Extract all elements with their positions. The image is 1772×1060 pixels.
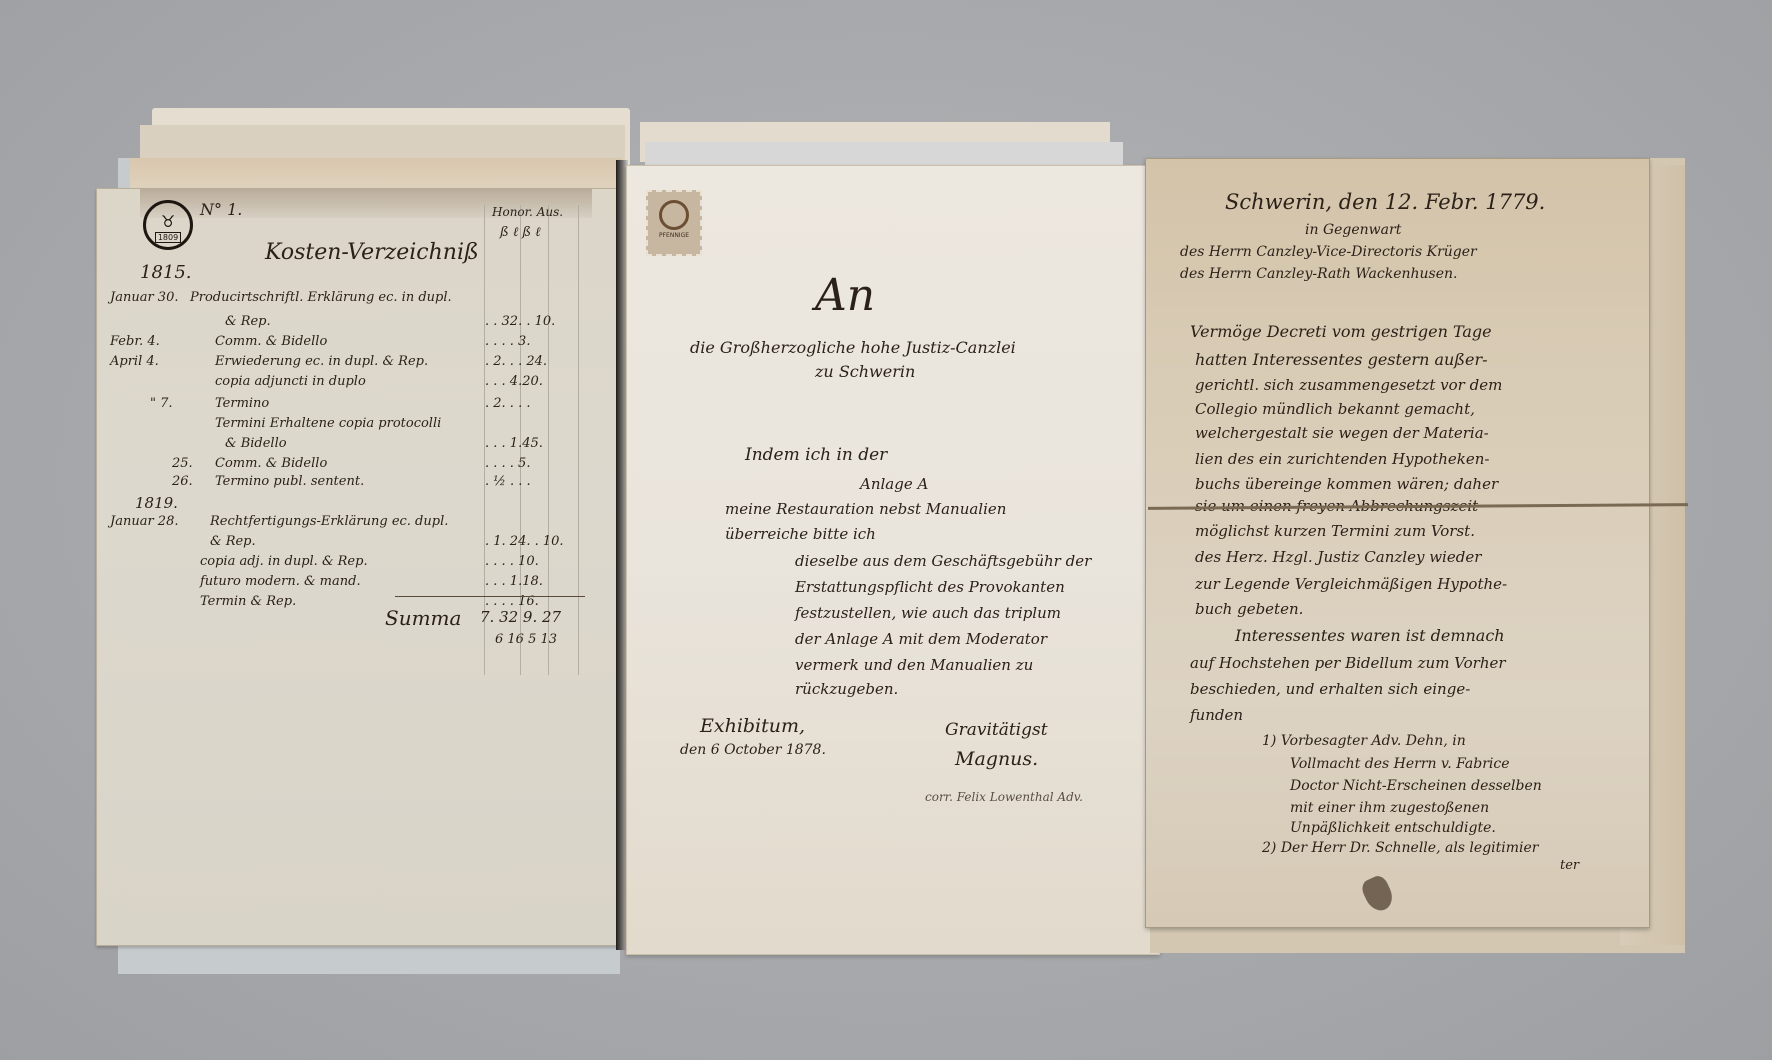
- ledger-entry-text: copia adjuncti in duplo: [215, 374, 366, 389]
- summa-label: Summa: [385, 606, 461, 630]
- protocol-subheading: in Gegenwart: [1305, 222, 1401, 238]
- protocol-line: funden: [1190, 706, 1243, 724]
- ledger-entry-amount: . 2. . . 24.: [485, 354, 547, 369]
- ledger-entry-date: 1819.: [135, 494, 178, 512]
- exhibitum-date: den 6 October 1878.: [680, 742, 826, 758]
- body-line: meine Restauration nebst Manualien: [725, 500, 1006, 518]
- ledger-entry-text: Rechtfertigungs-Erklärung ec. dupl.: [210, 514, 448, 529]
- stamp-bull-icon: ♉: [161, 212, 175, 231]
- ledger-entry-date: 26.: [172, 474, 193, 489]
- protocol-line: hatten Interessentes gestern außer-: [1195, 350, 1488, 369]
- ledger-entry-amount: . . . . 10.: [485, 554, 539, 569]
- summa-values: 7. 32 9. 27: [480, 608, 561, 626]
- countersignature: corr. Felix Lowenthal Adv.: [925, 790, 1083, 804]
- ledger-entry-amount: . . . 4.20.: [485, 374, 543, 389]
- ledger-column-units: ß ℓ ß ℓ: [500, 224, 541, 240]
- ledger-entry-amount: . ½ . . .: [485, 474, 531, 489]
- protocol-line: gerichtl. sich zusammengesetzt vor dem: [1195, 376, 1502, 394]
- protocol-line: beschieden, und erhalten sich einge-: [1190, 680, 1470, 698]
- protocol-line: zur Legende Vergleichmäßigen Hypothe-: [1195, 575, 1507, 593]
- ledger-entry-text: Termini Erhaltene copia protocolli: [215, 416, 441, 431]
- ledger-number: N° 1.: [200, 200, 242, 219]
- list-item-line: Doctor Nicht-Erscheinen desselben: [1290, 778, 1542, 794]
- protocol-line: lien des ein zurichtenden Hypotheken-: [1195, 450, 1489, 468]
- ledger-entry-date: " 7.: [150, 396, 173, 411]
- body-line: Indem ich in der: [745, 445, 887, 465]
- ledger-entry-amount: . . . . 3.: [485, 334, 530, 349]
- protocol-line: möglichst kurzen Termini zum Vorst.: [1195, 522, 1475, 540]
- ledger-entry-amount: . 1. 24. . 10.: [485, 534, 564, 549]
- addressee-line-1: die Großherzogliche hohe Justiz-Canzlei: [690, 338, 1016, 357]
- protocol-heading: Schwerin, den 12. Febr. 1779.: [1225, 190, 1545, 214]
- body-line: rückzugeben.: [795, 680, 898, 698]
- ledger-entry-text: & Bidello: [225, 436, 287, 451]
- ledger-year: 1815.: [140, 262, 192, 283]
- ledger-entry-text: Comm. & Bidello: [215, 456, 327, 471]
- body-line: dieselbe aus dem Geschäftsgebühr der: [795, 552, 1091, 570]
- ledger-column-header: Honor. Aus.: [492, 205, 563, 219]
- ledger-entry-date: 25.: [172, 456, 193, 471]
- body-line: vermerk und den Manualien zu: [795, 656, 1033, 674]
- list-item-line: 2) Der Herr Dr. Schnelle, als legitimier: [1262, 840, 1538, 856]
- list-item-line: ter: [1560, 858, 1579, 873]
- ledger-entry-date: April 4.: [110, 354, 159, 369]
- addressee-line-2: zu Schwerin: [815, 362, 915, 381]
- protocol-line: Collegio mündlich bekannt gemacht,: [1195, 400, 1475, 418]
- protocol-line: Vermöge Decreti vom gestrigen Tage: [1190, 322, 1492, 341]
- ledger-entry-date: Januar 28.: [110, 514, 178, 529]
- stamp-label: PFENNIGE: [648, 232, 700, 239]
- ledger-title: Kosten-Verzeichniß: [265, 240, 479, 265]
- ledger-entry-date: Febr. 4.: [110, 334, 160, 349]
- summa-subvalues: 6 16 5 13: [495, 632, 557, 647]
- protocol-line: des Herz. Hzgl. Justiz Canzley wieder: [1195, 548, 1481, 566]
- ledger-entry-text: Erwiederung ec. in dupl. & Rep.: [215, 354, 428, 369]
- body-line: überreiche bitte ich: [725, 525, 876, 543]
- summa-rule: [395, 596, 585, 597]
- list-item-line: 1) Vorbesagter Adv. Dehn, in: [1262, 733, 1466, 749]
- ledger-entry-amount: . 2. . . .: [485, 396, 530, 411]
- stamp-year: 1809: [155, 232, 181, 243]
- protocol-line: buch gebeten.: [1195, 600, 1303, 618]
- body-line: Anlage A: [860, 475, 928, 493]
- body-line: festzustellen, wie auch das triplum: [795, 604, 1061, 622]
- ledger-rule: [578, 205, 579, 675]
- salutation: An: [815, 270, 875, 321]
- ledger-entry-text: Comm. & Bidello: [215, 334, 327, 349]
- postage-stamp-icon: PFENNIGE: [646, 190, 702, 256]
- ledger-entry-amount: . . 32. . 10.: [485, 314, 555, 329]
- ledger-entry-text: Termino: [215, 396, 269, 411]
- ledger-entry-amount: . . . 1.45.: [485, 436, 543, 451]
- ledger-rule: [548, 205, 549, 675]
- coat-of-arms-icon: [659, 200, 689, 230]
- ledger-entry-text: futuro modern. & mand.: [200, 574, 361, 589]
- ledger-entry-text: & Rep.: [225, 314, 271, 329]
- list-item-line: mit einer ihm zugestoßenen: [1290, 800, 1489, 816]
- ledger-entry-amount: . . . 1.18.: [485, 574, 543, 589]
- body-line: Erstattungspflicht des Provokanten: [795, 578, 1065, 596]
- ledger-entry-text: copia adj. in dupl. & Rep.: [200, 554, 368, 569]
- protocol-line: auf Hochstehen per Bidellum zum Vorher: [1190, 654, 1506, 672]
- body-line: der Anlage A mit dem Moderator: [795, 630, 1047, 648]
- exhibitum-label: Exhibitum,: [700, 715, 805, 737]
- signature-line-1: Gravitätigst: [945, 720, 1048, 740]
- protocol-line: buchs übereinge kommen wären; daher: [1195, 475, 1498, 493]
- list-item-line: Unpäßlichkeit entschuldigte.: [1290, 820, 1496, 836]
- list-item-line: Vollmacht des Herrn v. Fabrice: [1290, 756, 1510, 772]
- ledger-entry-date: Januar 30.: [110, 290, 178, 305]
- ledger-entry-text: Termin & Rep.: [200, 594, 296, 609]
- ledger-entry-text: Producirtschriftl. Erklärung ec. in dupl…: [190, 290, 452, 305]
- protocol-line: Interessentes waren ist demnach: [1235, 626, 1505, 645]
- tax-stamp-icon: 1809 ♉: [143, 200, 193, 250]
- ledger-entry-text: & Rep.: [210, 534, 256, 549]
- ledger-entry-text: Termino publ. sentent.: [215, 474, 364, 489]
- signature-line-2: Magnus.: [955, 748, 1038, 770]
- attendee-line: des Herrn Canzley-Rath Wackenhusen.: [1180, 266, 1458, 282]
- attendee-line: des Herrn Canzley-Vice-Directoris Krüger: [1180, 244, 1477, 260]
- protocol-line: welchergestalt sie wegen der Materia-: [1195, 424, 1489, 442]
- ledger-entry-amount: . . . . 5.: [485, 456, 530, 471]
